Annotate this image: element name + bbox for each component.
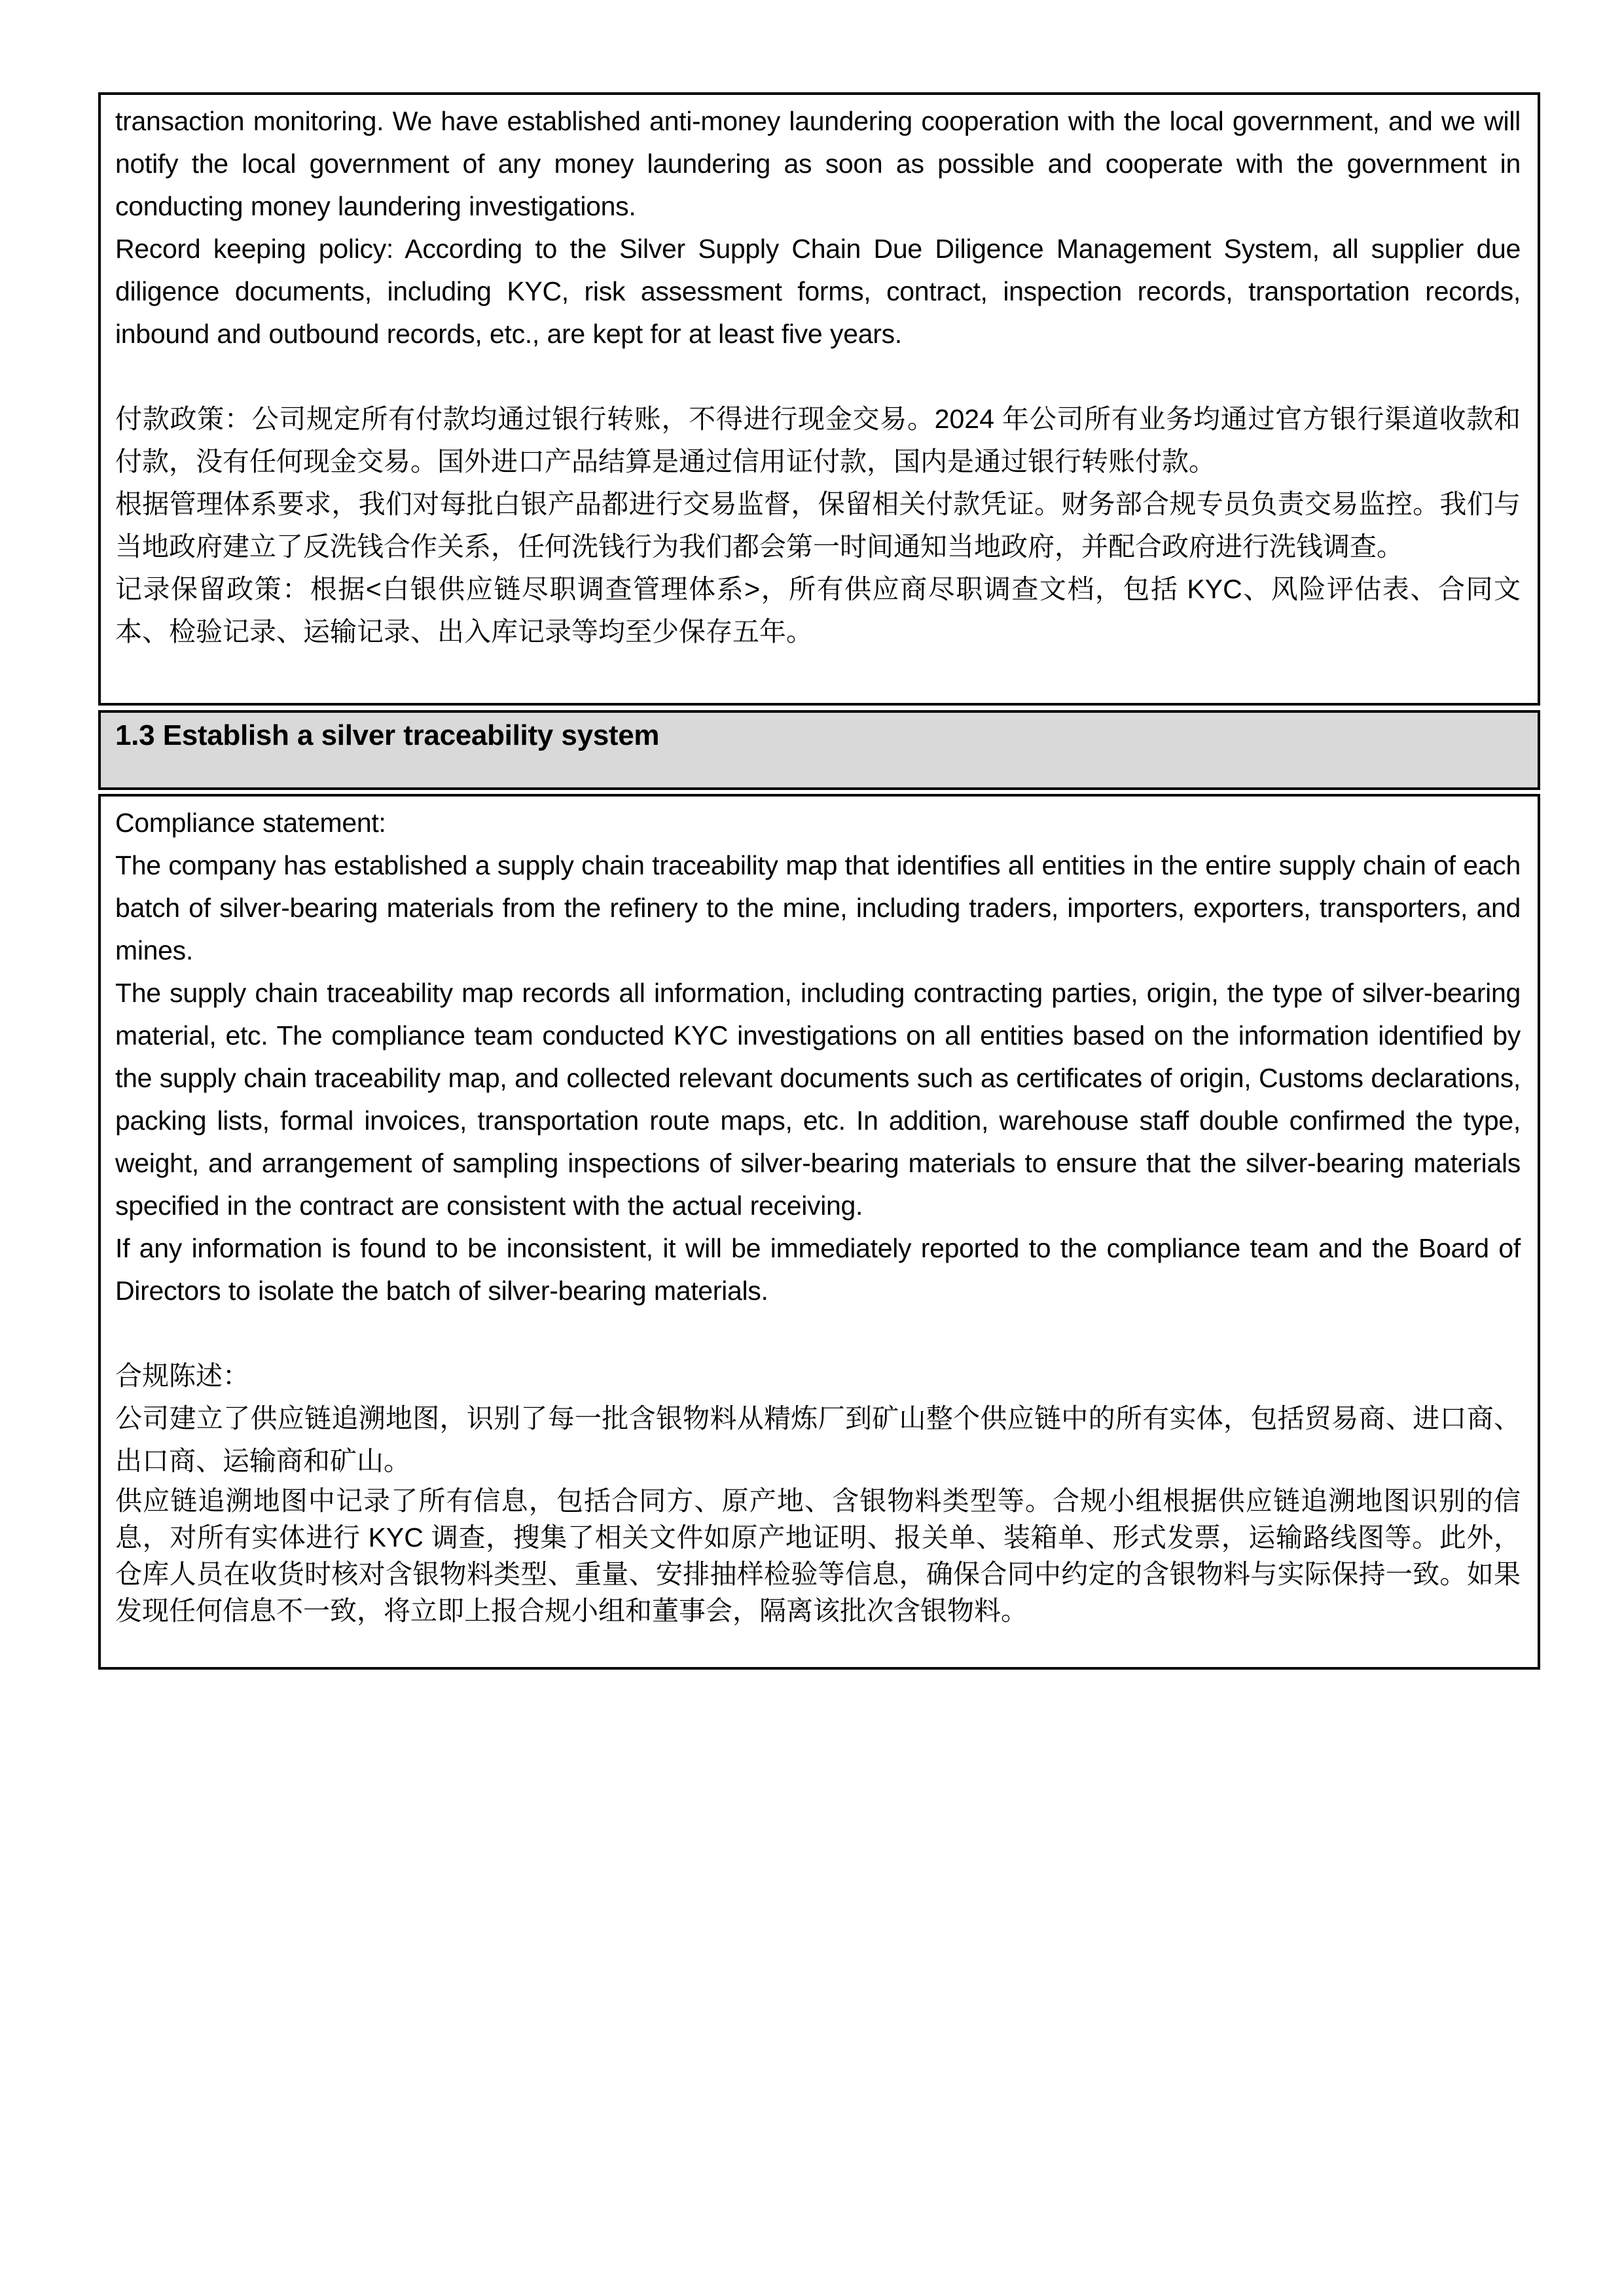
- paragraph-en-inconsistency-reporting: If any information is found to be incons…: [115, 1227, 1521, 1312]
- section-header-title: 1.3 Establish a silver traceability syst…: [115, 718, 1521, 753]
- document-page: transaction monitoring. We have establis…: [0, 0, 1624, 2296]
- compliance-statement-cell: Compliance statement: The company has es…: [98, 794, 1540, 1670]
- label-zh-compliance-statement: 合规陈述：: [115, 1355, 1521, 1397]
- blank-line: [115, 1312, 1521, 1355]
- paragraph-en-record-keeping-policy: Record keeping policy: According to the …: [115, 228, 1521, 355]
- section-header-1-3: 1.3 Establish a silver traceability syst…: [98, 710, 1540, 790]
- paragraph-en-traceability-map-established: The company has established a supply cha…: [115, 844, 1521, 972]
- policy-text-cell: transaction monitoring. We have establis…: [98, 92, 1540, 706]
- paragraph-en-transaction-monitoring: transaction monitoring. We have establis…: [115, 100, 1521, 228]
- label-en-compliance-statement: Compliance statement:: [115, 802, 1521, 844]
- paragraph-zh-traceability-map-established: 公司建立了供应链追溯地图，识别了每一批含银物料从精炼厂到矿山整个供应链中的所有实…: [115, 1397, 1521, 1482]
- blank-line: [115, 355, 1521, 398]
- paragraph-zh-record-retention-policy: 记录保留政策：根据<白银供应链尽职调查管理体系>，所有供应商尽职调查文档，包括 …: [115, 568, 1521, 653]
- paragraph-zh-transaction-supervision: 根据管理体系要求，我们对每批白银产品都进行交易监督，保留相关付款凭证。财务部合规…: [115, 483, 1521, 568]
- paragraph-zh-payment-policy: 付款政策：公司规定所有付款均通过银行转账，不得进行现金交易。2024 年公司所有…: [115, 398, 1521, 483]
- paragraph-zh-traceability-map-records: 供应链追溯地图中记录了所有信息，包括合同方、原产地、含银物料类型等。合规小组根据…: [115, 1482, 1521, 1629]
- paragraph-en-traceability-map-records: The supply chain traceability map record…: [115, 972, 1521, 1227]
